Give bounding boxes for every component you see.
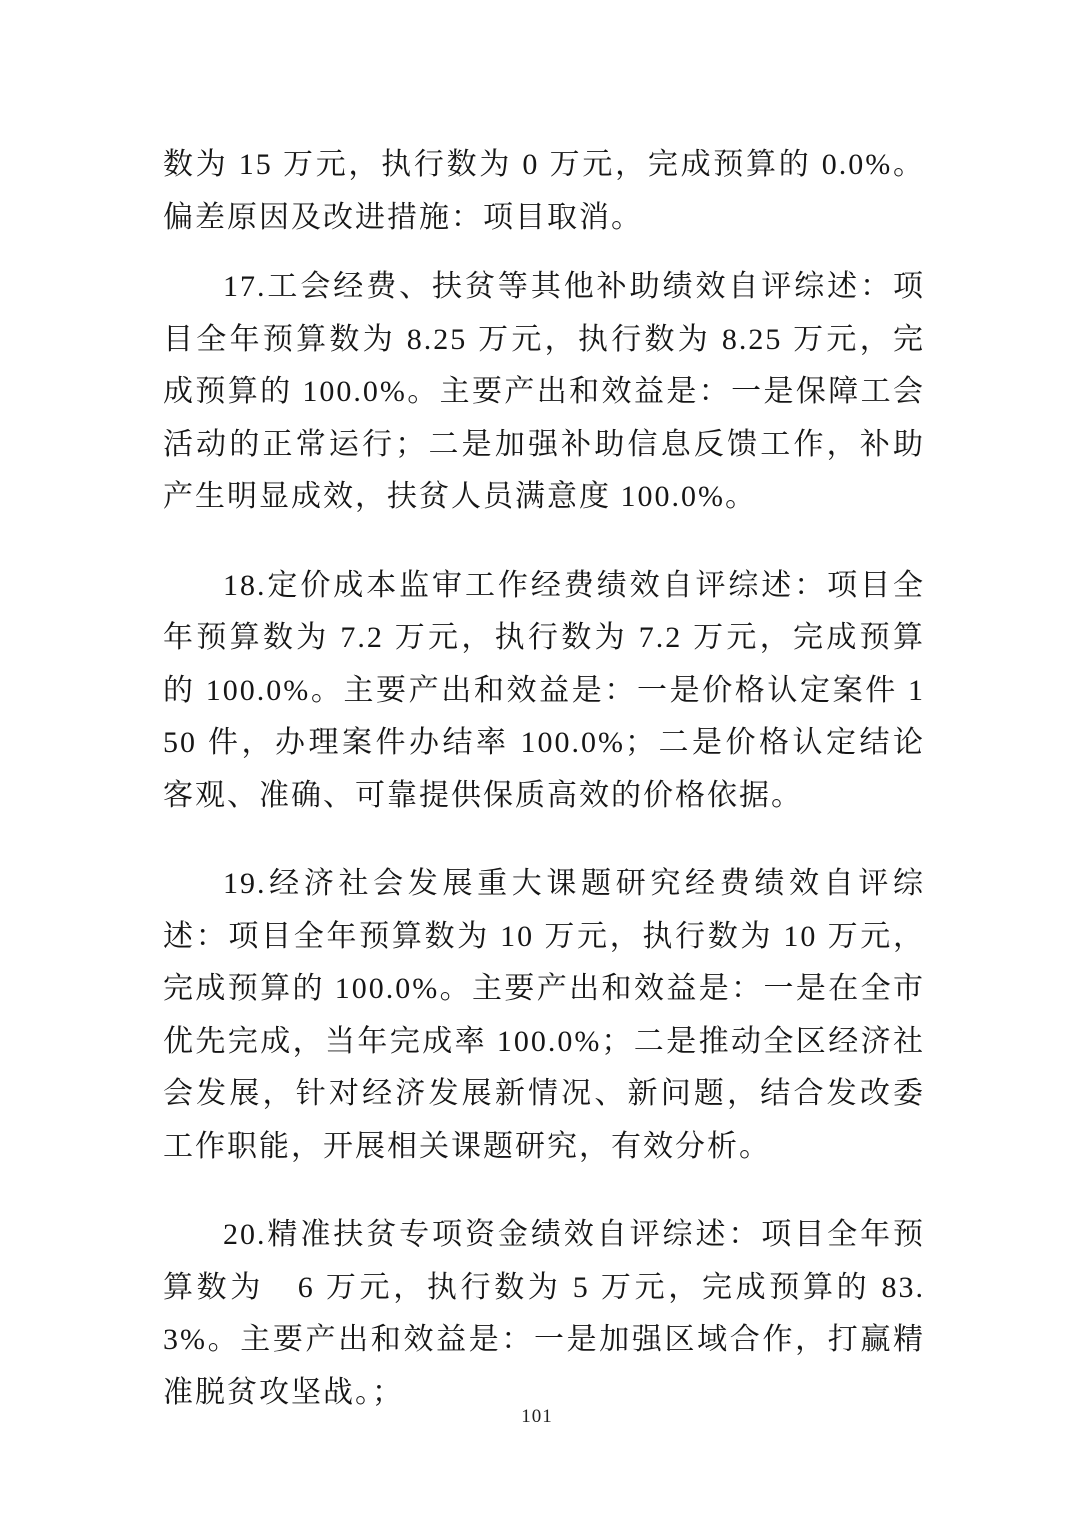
paragraph-16-continuation: 数为 15 万元，执行数为 0 万元，完成预算的 0.0%。偏差原因及改进措施：… xyxy=(163,139,925,244)
paragraph-18: 18.定价成本监审工作经费绩效自评综述：项目全年预算数为 7.2 万元，执行数为… xyxy=(163,560,925,823)
paragraph-17: 17.工会经费、扶贫等其他补助绩效自评综述：项目全年预算数为 8.25 万元，执… xyxy=(163,261,925,524)
text-block: 数为 15 万元，执行数为 0 万元，完成预算的 0.0%。偏差原因及改进措施：… xyxy=(163,139,925,1419)
document-page: 数为 15 万元，执行数为 0 万元，完成预算的 0.0%。偏差原因及改进措施：… xyxy=(0,0,1074,1520)
paragraph-20: 20.精准扶贫专项资金绩效自评综述：项目全年预算数为 6 万元，执行数为 5 万… xyxy=(163,1209,925,1419)
paragraph-19: 19.经济社会发展重大课题研究经费绩效自评综述：项目全年预算数为 10 万元，执… xyxy=(163,858,925,1173)
page-number: 101 xyxy=(0,1406,1074,1428)
